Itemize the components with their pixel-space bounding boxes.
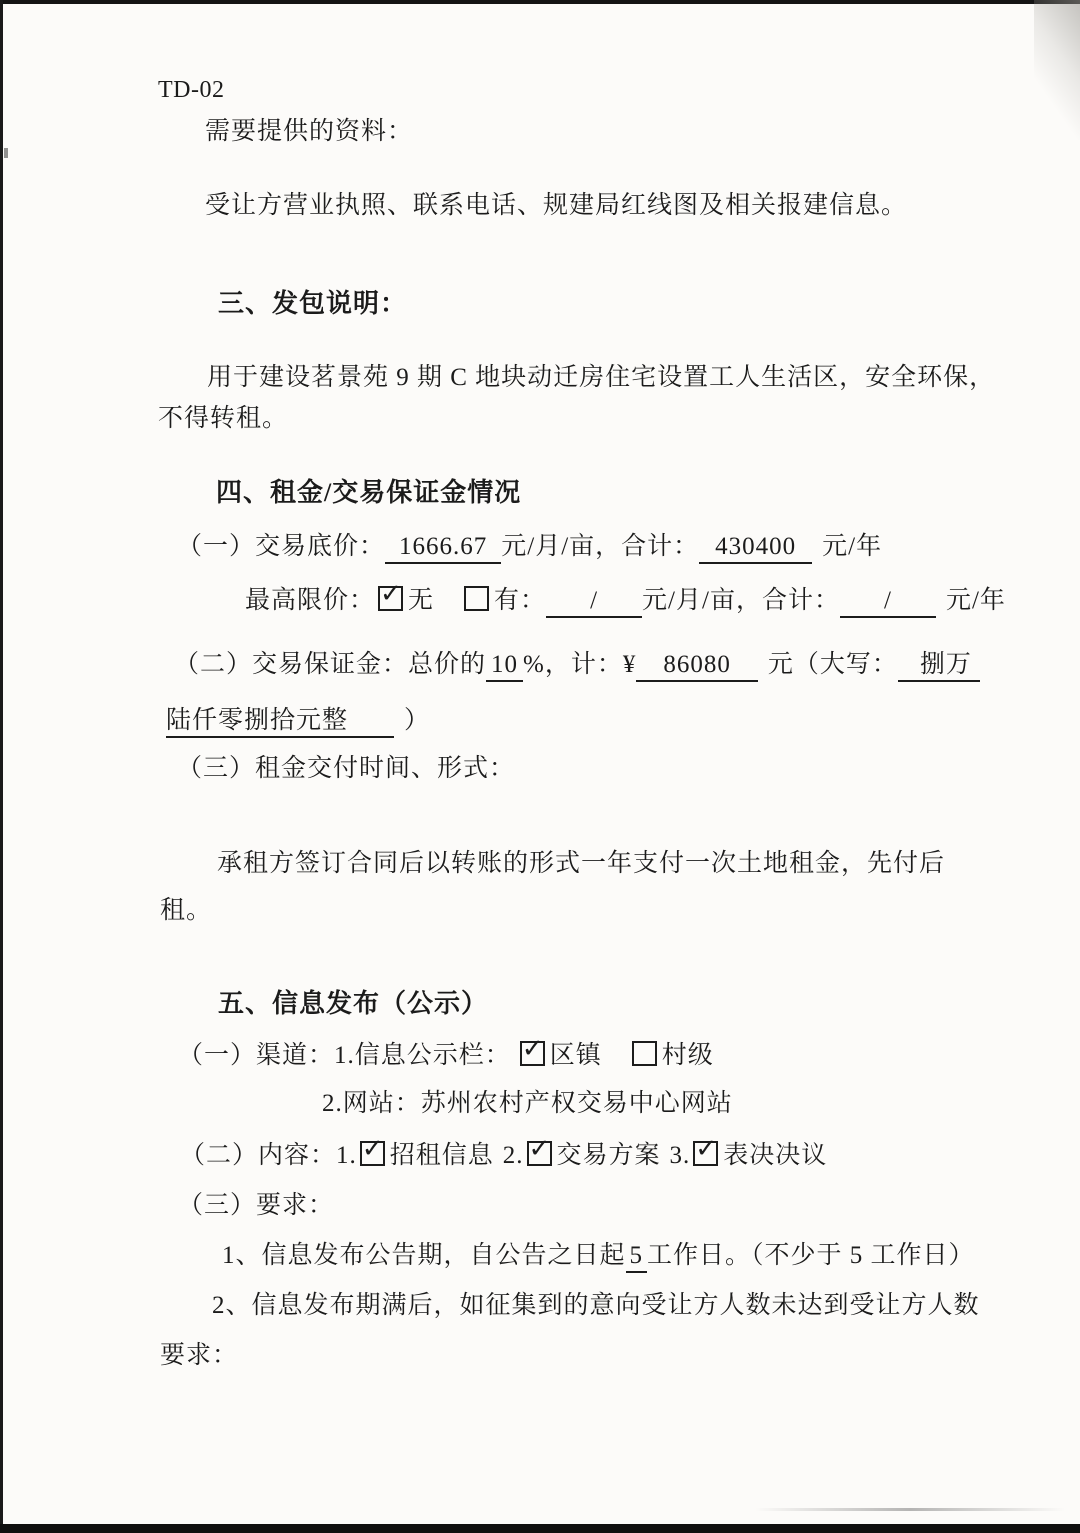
- base-price-total: 430400: [699, 532, 812, 564]
- payment-body-line1: 承租方签订合同后以转账的形式一年支付一次土地租金，先付后: [217, 848, 945, 880]
- section3-body-line1: 用于建设茗景苑 9 期 C 地块动迁房住宅设置工人生活区，安全环保，: [207, 362, 995, 394]
- checkbox-village-unchecked: [632, 1041, 657, 1066]
- payment-label: （三）租金交付时间、形式：: [177, 753, 515, 785]
- checkbox-town-checked: ✓: [520, 1041, 545, 1066]
- section5-title: 五、信息发布（公示）: [218, 988, 488, 1020]
- checkbox-rent-info-checked: ✓: [360, 1141, 385, 1166]
- base-price-label: （一）交易底价：: [177, 533, 385, 560]
- materials-text: 受让方营业执照、联系电话、规建局红线图及相关报建信息。: [205, 190, 907, 222]
- check-icon: ✓: [695, 1136, 717, 1162]
- content-num2: 2.: [503, 1142, 524, 1169]
- price-cap-mid: 元/月/亩，合计：: [642, 587, 840, 614]
- base-price-total-unit: 元/年: [822, 533, 882, 560]
- content-num3: 3.: [670, 1142, 691, 1169]
- base-price-unit: 元/月/亩，合计：: [501, 533, 699, 560]
- deposit-caps-head: 捌万: [898, 650, 980, 682]
- deposit-percent: 10: [486, 650, 523, 682]
- content-option1: 招租信息: [390, 1142, 494, 1169]
- base-price-value: 1666.67: [385, 532, 501, 564]
- scan-edge-top: [0, 0, 1080, 4]
- deposit-after-amount: 元（大写：: [768, 651, 898, 678]
- price-cap-blank-1: /: [546, 586, 642, 618]
- checkbox-trade-plan-checked: ✓: [527, 1141, 552, 1166]
- price-cap-has-label: 有：: [494, 587, 546, 614]
- deposit-label: （二）交易保证金：总价的: [174, 651, 486, 678]
- scan-speck: [4, 148, 8, 158]
- payment-body-line2: 租。: [160, 895, 212, 927]
- requirement-2-line1: 2、信息发布期满后，如征集到的意向受让方人数未达到受让方人数: [212, 1290, 980, 1322]
- check-icon: ✓: [529, 1136, 551, 1162]
- price-cap-label: 最高限价：: [245, 587, 375, 614]
- channel-label: （一）渠道：1.信息公示栏：: [178, 1042, 511, 1069]
- require-label: （三）要求：: [178, 1190, 334, 1222]
- check-icon: ✓: [362, 1136, 384, 1162]
- content-line: （二）内容：1.✓招租信息2.✓交易方案3.✓表决决议: [180, 1140, 827, 1172]
- base-price-line: （一）交易底价：1666.67元/月/亩，合计：430400元/年: [177, 531, 882, 564]
- checkbox-vote-resolution-checked: ✓: [693, 1141, 718, 1166]
- section4-title: 四、租金/交易保证金情况: [216, 477, 521, 509]
- check-icon: ✓: [522, 1036, 544, 1062]
- website-line: 2.网站：苏州农村产权交易中心网站: [322, 1088, 733, 1120]
- content-option3: 表决决议: [723, 1142, 827, 1169]
- channel-line: （一）渠道：1.信息公示栏：✓区镇村级: [178, 1040, 714, 1072]
- checkbox-has-cap-unchecked: [464, 586, 489, 611]
- requirement-1-line: 1、信息发布公告期，自公告之日起5工作日。（不少于 5 工作日）: [222, 1240, 975, 1273]
- channel-town-label: 区镇: [550, 1042, 602, 1069]
- content-label: （二）内容：1.: [180, 1142, 357, 1169]
- scanned-document-page: TD-02 需要提供的资料： 受让方营业执照、联系电话、规建局红线图及相关报建信…: [0, 0, 1080, 1533]
- doc-code: TD-02: [158, 74, 224, 106]
- materials-label: 需要提供的资料：: [205, 116, 413, 148]
- deposit-amount: 86080: [636, 650, 758, 682]
- price-cap-line: 最高限价：✓无有：/元/月/亩，合计：/元/年: [245, 585, 1006, 618]
- section3-title: 三、发包说明：: [218, 288, 407, 320]
- channel-village-label: 村级: [662, 1042, 714, 1069]
- scan-edge-bottom: [0, 1524, 1080, 1533]
- scan-corner-shadow: [1034, 0, 1080, 140]
- price-cap-blank-2: /: [840, 586, 936, 618]
- price-cap-tail: 元/年: [946, 587, 1006, 614]
- section3-body-line2: 不得转租。: [158, 403, 288, 435]
- price-cap-none-label: 无: [408, 587, 434, 614]
- deposit-caps-tail: 陆仟零捌拾元整: [166, 706, 394, 738]
- req1-after: 工作日。（不少于 5 工作日）: [647, 1242, 975, 1269]
- deposit-line: （二）交易保证金：总价的10%，计：¥86080元（大写：捌万: [174, 649, 980, 682]
- deposit-close-paren: ）: [404, 707, 430, 734]
- content-option2: 交易方案: [557, 1142, 661, 1169]
- deposit-caps-line: 陆仟零捌拾元整）: [166, 705, 430, 738]
- checkbox-no-cap-checked: ✓: [378, 586, 403, 611]
- requirement-2-line2: 要求：: [160, 1340, 238, 1372]
- req1-before: 1、信息发布公告期，自公告之日起: [222, 1242, 626, 1269]
- check-icon: ✓: [380, 581, 402, 607]
- scan-edge-left: [0, 0, 3, 1533]
- scan-smudge: [755, 1508, 1065, 1511]
- req1-days: 5: [626, 1241, 648, 1273]
- deposit-after-percent: %，计：¥: [523, 651, 636, 678]
